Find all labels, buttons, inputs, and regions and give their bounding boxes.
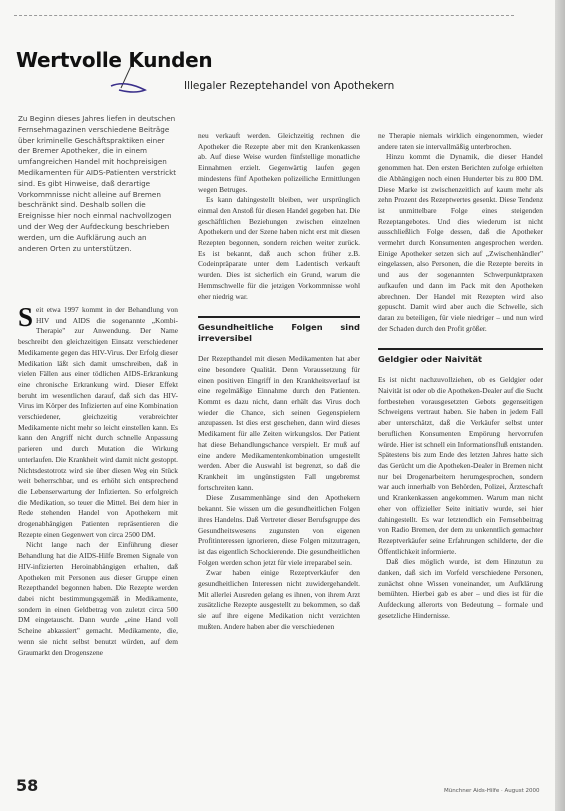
drop-cap: S [18,306,33,328]
paragraph: Diese Zusammenhänge sind den Apothekern … [198,493,360,568]
article-subtitle: Illegaler Rezeptehandel von Apothekern [184,80,394,92]
section-divider [198,316,360,318]
column-1: Seit etwa 1997 kommt in der Behandlung v… [18,305,178,658]
paragraph: Nicht lange nach der Einführung dieser B… [18,540,178,658]
paragraph: neu verkauft werden. Gleichzeitig rechne… [198,131,360,195]
section-divider [378,348,543,350]
page-footer: Münchner Aids-Hilfe · August 2000 [444,788,540,794]
section-heading: Gesundheitliche Folgen sind irreversibel [198,322,360,344]
paragraph: Es kann dahingestellt bleiben, wer urspr… [198,195,360,302]
paragraph: Der Rezepthandel mit diesen Medikamenten… [198,354,360,493]
page-number: 58 [16,776,38,795]
magazine-page: Wertvolle Kunden Illegaler Rezeptehandel… [0,0,555,811]
paragraph: Zwar haben einige Rezeptverkäufer den ge… [198,568,360,632]
column-3: ne Therapie niemals wirklich eingenommen… [378,131,543,622]
paragraph: Es ist nicht nachzuvollziehen, ob es Gel… [378,375,543,557]
article-intro: Zu Beginn dieses Jahres liefen in deutsc… [18,114,178,254]
paragraph: Daß dies möglich wurde, ist dem Hinzutun… [378,557,543,621]
paragraph: Seit etwa 1997 kommt in der Behandlung v… [18,305,178,540]
paragraph: ne Therapie niemals wirklich eingenommen… [378,131,543,152]
section-heading: Geldgier oder Naivität [378,354,543,365]
column-2: neu verkauft werden. Gleichzeitig rechne… [198,131,360,633]
paragraph: Hinzu kommt die Dynamik, die dieser Hand… [378,152,543,334]
pen-squiggle-icon [105,66,165,96]
page-edge-shadow [555,0,565,811]
top-divider [14,15,514,16]
